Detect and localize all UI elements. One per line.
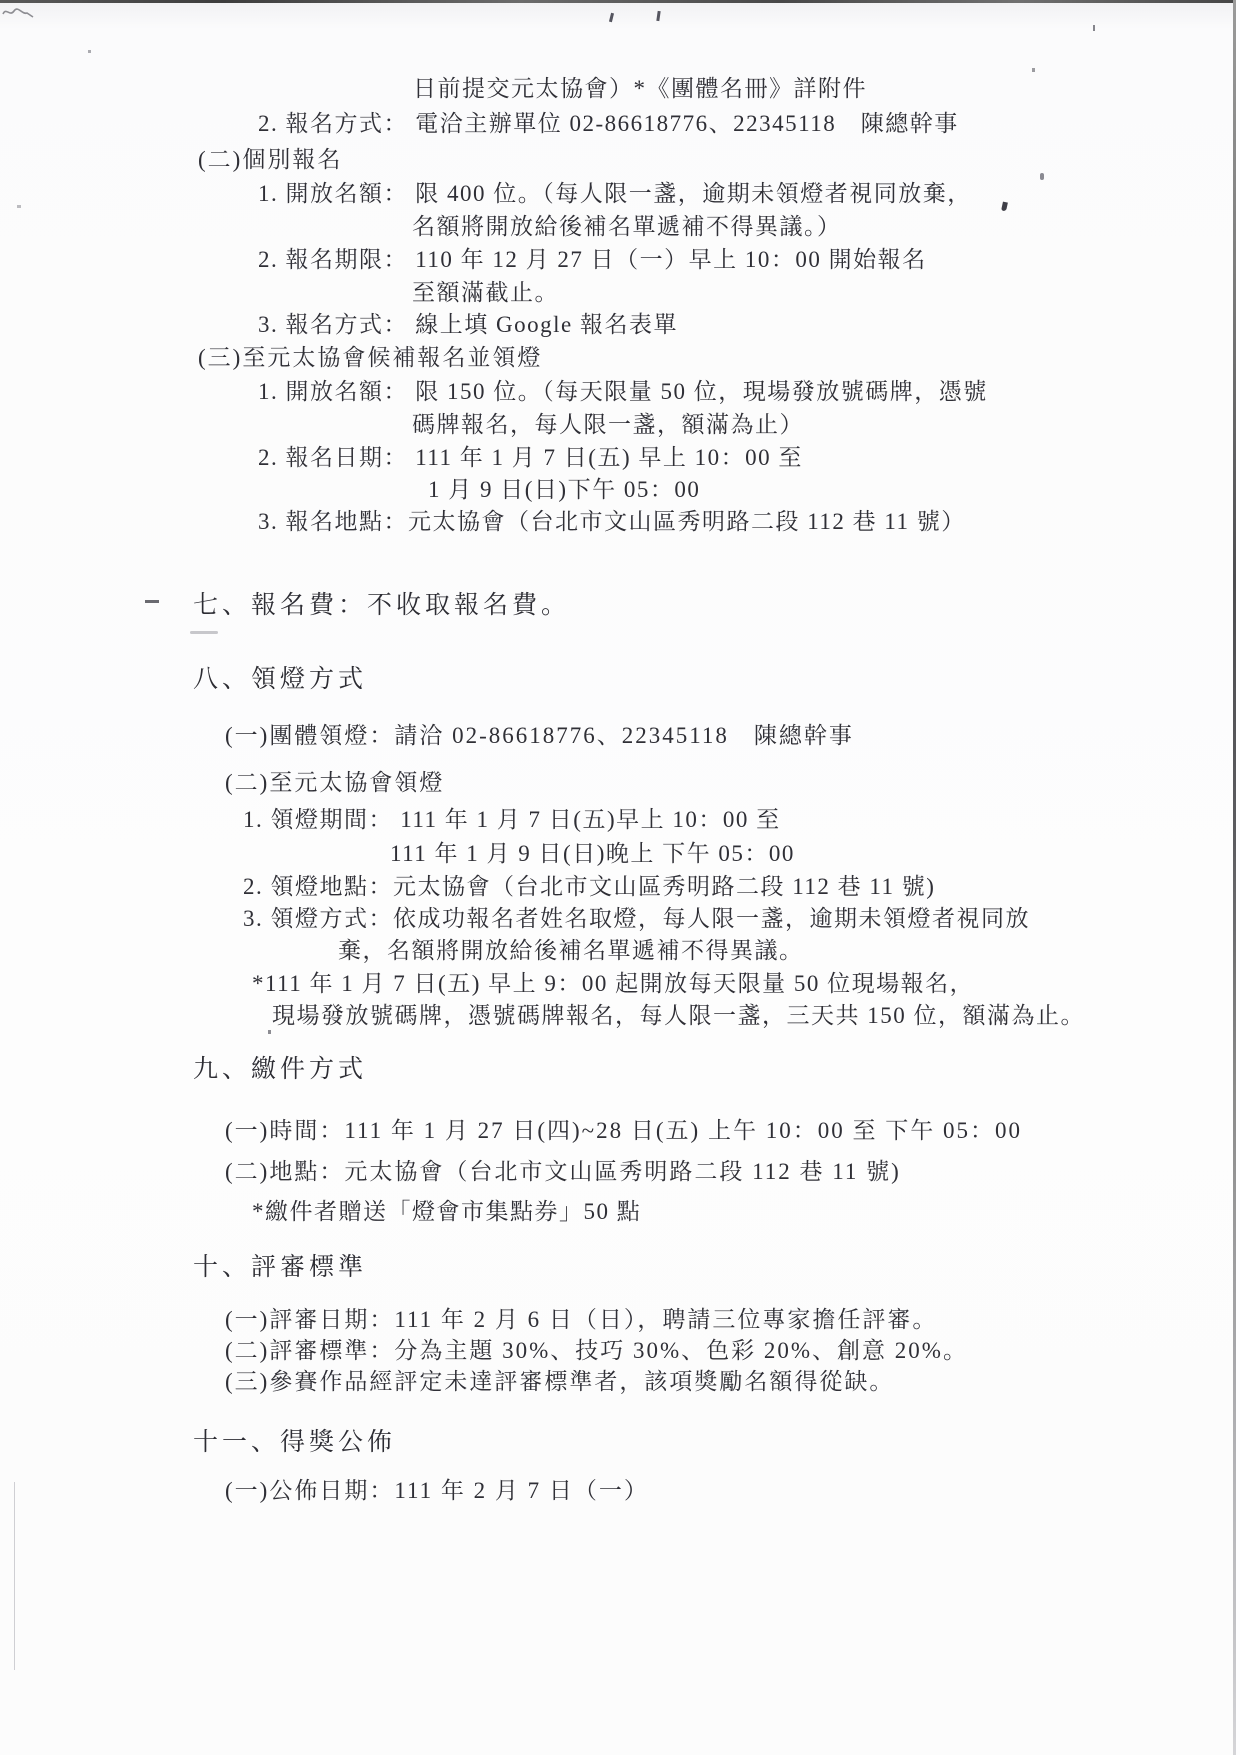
item-judging-disqualification: (三)參賽作品經評定未達評審標準者，該項獎勵名額得從缺。 [225,1369,894,1395]
item-group-pickup: (一)團體領燈：請洽 02-86618776、22345118 陳總幹事 [225,723,854,749]
item-registration-method-group: 2. 報名方式： 電洽主辦單位 02-86618776、22345118 陳總幹… [258,111,959,137]
scan-edge-right [1233,0,1236,1755]
item-registration-date-waitlist: 2. 報名日期： 111 年 1 月 7 日(五) 早上 10：00 至 [258,445,803,471]
section-7-registration-fee: 七、報名費：不收取報名費。 [193,592,570,621]
item-quota-individual-cont: 名額將開放給後補名單遞補不得異議。） [412,214,842,240]
subsection-onsite-waitlist: (三)至元太協會候補報名並領燈 [198,345,542,371]
item-submission-location: (二)地點：元太協會（台北市文山區秀明路二段 112 巷 11 號) [225,1159,901,1185]
item-registration-location: 3. 報名地點：元太協會（台北市文山區秀明路二段 112 巷 11 號） [258,509,966,535]
item-registration-deadline-cont: 至額滿截止。 [412,280,559,306]
item-registration-method-individual: 3. 報名方式： 線上填 Google 報名表單 [258,312,678,338]
item-pickup-method-cont: 棄，名額將開放給後補名單遞補不得異議。 [338,938,804,964]
subsection-association-pickup: (二)至元太協會領燈 [225,770,444,796]
heading-continuation-roster-note: 日前提交元太協會）*《團體名冊》詳附件 [413,76,867,102]
scan-speck [190,631,218,634]
note-onsite-daily-limit-cont: 現場發放號碼牌，憑號碼牌報名，每人限一盞，三天共 150 位，額滿為止。 [272,1003,1085,1029]
item-judging-criteria: (二)評審標準：分為主題 30%、技巧 30%、色彩 20%、創意 20%。 [225,1338,968,1364]
scan-speck [88,50,91,53]
note-onsite-daily-limit: *111 年 1 月 7 日(五) 早上 9：00 起開放每天限量 50 位現場… [252,971,974,997]
item-registration-deadline: 2. 報名期限： 110 年 12 月 27 日（一）早上 10：00 開始報名 [258,247,927,273]
item-quota-individual: 1. 開放名額： 限 400 位。（每人限一盞，逾期未領燈者視同放棄， [258,181,972,207]
item-pickup-period: 1. 領燈期間： 111 年 1 月 7 日(五)早上 10：00 至 [243,807,781,833]
item-pickup-period-cont: 111 年 1 月 9 日(日)晚上 下午 05：00 [390,841,795,867]
scan-speck [17,205,21,208]
section-8-lantern-pickup: 八、領燈方式 [193,666,367,695]
note-submission-gift: *繳件者贈送「燈會市集點券」50 點 [252,1199,641,1225]
section-9-submission: 九、繳件方式 [193,1056,367,1085]
scan-haze-top [0,3,1240,29]
section-11-award-announcement: 十一、得獎公佈 [193,1429,396,1458]
scan-speck [145,600,159,603]
item-quota-waitlist: 1. 開放名額： 限 150 位。（每天限量 50 位，現場發放號碼牌，憑號 [258,379,988,405]
scan-smudge-topleft [2,5,36,21]
item-announcement-date: (一)公佈日期：111 年 2 月 7 日（一） [225,1478,649,1504]
item-judging-date: (一)評審日期：111 年 2 月 6 日（日），聘請三位專家擔任評審。 [225,1307,937,1333]
scan-speck [1032,68,1035,72]
scan-speck [1001,202,1008,212]
item-quota-waitlist-cont: 碼牌報名，每人限一盞，額滿為止） [412,412,804,438]
scan-edge-left-faint [14,1482,15,1670]
item-pickup-location: 2. 領燈地點：元太協會（台北市文山區秀明路二段 112 巷 11 號) [243,874,935,900]
scan-speck [1040,173,1044,180]
scan-speck [268,1030,271,1034]
scanned-document-page: 日前提交元太協會）*《團體名冊》詳附件 2. 報名方式： 電洽主辦單位 02-8… [0,0,1240,1755]
scan-margin-right [1236,0,1240,1755]
item-submission-time: (一)時間：111 年 1 月 27 日(四)~28 日(五) 上午 10：00… [225,1118,1022,1144]
item-pickup-method: 3. 領燈方式：依成功報名者姓名取燈，每人限一盞，逾期未領燈者視同放 [243,906,1030,932]
section-10-judging: 十、評審標準 [193,1254,367,1283]
subsection-individual-registration: (二)個別報名 [198,147,342,173]
item-registration-date-waitlist-cont: 1 月 9 日(日)下午 05：00 [428,477,700,503]
scan-speck [1093,25,1095,31]
